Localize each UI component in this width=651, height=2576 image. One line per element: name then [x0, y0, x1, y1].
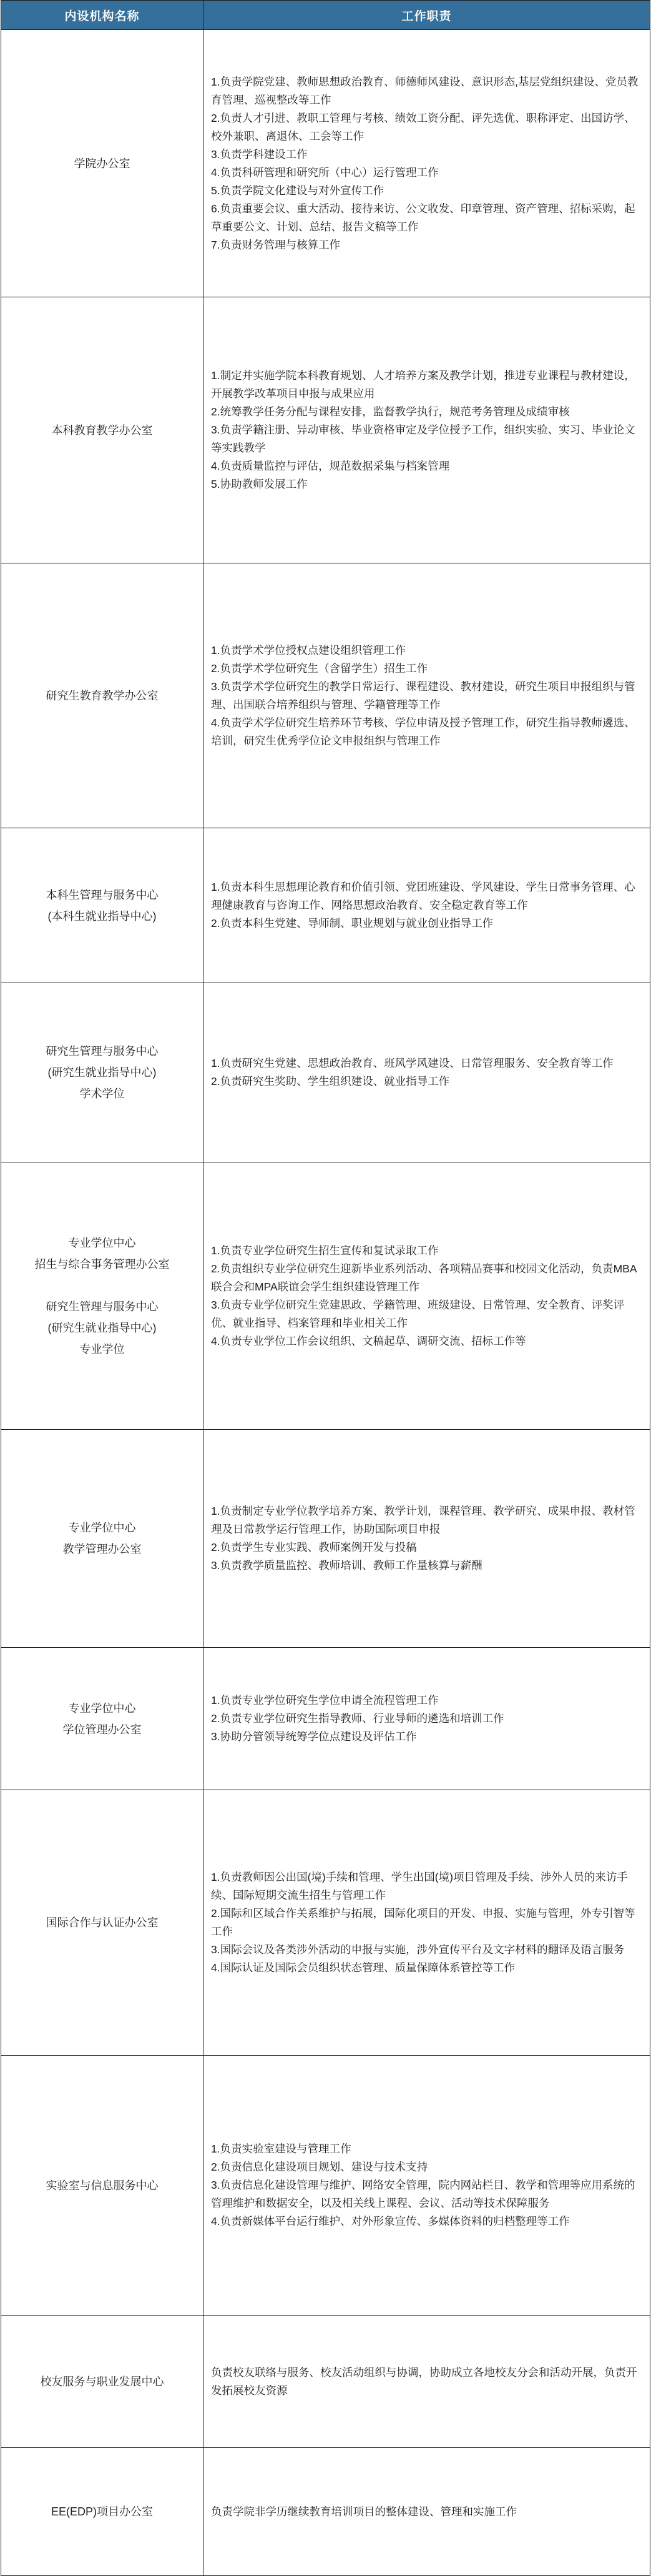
duty-item: 4.负责新媒体平台运行维护、对外形象宣传、多媒体资料的归档整理等工作	[211, 2212, 645, 2231]
table-row: 国际合作与认证办公室 1.负责教师因公出国(境)手续和管理、学生出国(境)项目管…	[1, 1790, 650, 2055]
duties-cell: 1.负责学院党建、教师思想政治教育、师德师风建设、意识形态,基层党组织建设、党员…	[203, 30, 650, 297]
duty-item: 1.负责制定专业学位教学培养方案、教学计划，课程管理、教学研究、成果申报、教材管…	[211, 1502, 645, 1538]
org-name-line: 本科生管理与服务中心	[46, 884, 159, 906]
org-name-line: 招生与综合事务管理办公室	[35, 1254, 170, 1275]
org-name-line: (研究生就业指导中心)	[48, 1062, 157, 1083]
org-duties-table: 内设机构名称 工作职责 学院办公室 1.负责学院党建、教师思想政治教育、师德师风…	[1, 0, 650, 2576]
duty-item: 2.负责研究生奖助、学生组织建设、就业指导工作	[211, 1073, 645, 1091]
org-name-cell: 专业学位中心学位管理办公室	[1, 1648, 203, 1790]
org-name-cell: 研究生教育教学办公室	[1, 563, 203, 828]
duty-item: 1.负责学术学位授权点建设组织管理工作	[211, 642, 645, 660]
duties-cell: 1.负责研究生党建、思想政治教育、班风学风建设、日常管理服务、安全教育等工作2.…	[203, 983, 650, 1162]
table-row: 研究生教育教学办公室 1.负责学术学位授权点建设组织管理工作2.负责学术学位研究…	[1, 563, 650, 828]
duties-cell: 1.负责实验室建设与管理工作2.负责信息化建设项目规划、建设与技术支持3.负责信…	[203, 2056, 650, 2315]
duty-item: 4.负责科研管理和研究所（中心）运行管理工作	[211, 164, 645, 182]
duty-item: 6.负责重要会议、重大活动、接待来访、公文收发、印章管理、资产管理、招标采购，起…	[211, 200, 645, 236]
org-name-line: 研究生管理与服务中心	[46, 1041, 159, 1062]
duty-item: 3.负责学科建设工作	[211, 146, 645, 164]
duty-item: 3.国际会议及各类涉外活动的申报与实施，涉外宣传平台及文字材料的翻译及语言服务	[211, 1941, 645, 1959]
duty-item: 1.负责学院党建、教师思想政治教育、师德师风建设、意识形态,基层党组织建设、党员…	[211, 73, 645, 109]
duty-item: 负责学院非学历继续教育培训项目的整体建设、管理和实施工作	[211, 2503, 645, 2521]
duty-item: 5.负责学院文化建设与对外宣传工作	[211, 182, 645, 200]
duty-item: 3.负责学籍注册、异动审核、毕业资格审定及学位授予工作，组织实验、实习、毕业论文…	[211, 421, 645, 457]
org-name-line: 实验室与信息服务中心	[46, 2175, 159, 2196]
duty-item: 2.负责本科生党建、导师制、职业规划与就业创业指导工作	[211, 914, 645, 933]
org-name-line: 专业学位中心	[69, 1232, 136, 1254]
table-row: 专业学位中心招生与综合事务管理办公室 研究生管理与服务中心(研究生就业指导中心)…	[1, 1162, 650, 1429]
duties-cell: 1.负责学术学位授权点建设组织管理工作2.负责学术学位研究生（含留学生）招生工作…	[203, 563, 650, 828]
duty-item: 3.负责专业学位研究生党建思政、学籍管理、班级建设、日常管理、安全教育、评奖评优…	[211, 1296, 645, 1332]
duty-item: 1.负责专业学位研究生招生宣传和复试录取工作	[211, 1242, 645, 1260]
duty-item: 4.国际认证及国际会员组织状态管理、质量保障体系管控等工作	[211, 1959, 645, 1977]
duty-item: 2.负责信息化建设项目规划、建设与技术支持	[211, 2158, 645, 2176]
org-name-line: 学术学位	[80, 1083, 125, 1104]
duties-cell: 1.负责教师因公出国(境)手续和管理、学生出国(境)项目管理及手续、涉外人员的来…	[203, 1790, 650, 2055]
org-name-line: 学院办公室	[74, 153, 130, 174]
org-name-cell: 国际合作与认证办公室	[1, 1790, 203, 2055]
duty-item: 4.负责学术学位研究生培养环节考核、学位申请及授予管理工作，研究生指导教师遴选、…	[211, 714, 645, 750]
org-name-line: 专业学位	[80, 1339, 125, 1360]
org-name-cell: EE(EDP)项目办公室	[1, 2448, 203, 2575]
table-row: 本科生管理与服务中心(本科生就业指导中心) 1.负责本科生思想理论教育和价值引领…	[1, 828, 650, 983]
duty-item: 3.负责学术学位研究生的教学日常运行、课程建设、教材建设，研究生项目申报组织与管…	[211, 678, 645, 714]
duty-item: 2.统筹教学任务分配与课程安排，监督教学执行，规范考务管理及成绩审核	[211, 403, 645, 421]
duty-item: 1.负责专业学位研究生学位申请全流程管理工作	[211, 1692, 645, 1710]
duty-item: 2.国际和区域合作关系维护与拓展，国际化项目的开发、申报、实施与管理，外专引智等…	[211, 1905, 645, 1941]
duty-item: 4.负责专业学位工作会议组织、文稿起草、调研交流、招标工作等	[211, 1332, 645, 1350]
duty-item: 3.负责信息化建设管理与维护、网络安全管理，院内网站栏目、教学和管理等应用系统的…	[211, 2176, 645, 2212]
org-name-line: 国际合作与认证办公室	[46, 1912, 159, 1933]
org-name-line: EE(EDP)项目办公室	[51, 2501, 153, 2522]
table-row: 实验室与信息服务中心 1.负责实验室建设与管理工作2.负责信息化建设项目规划、建…	[1, 2055, 650, 2315]
org-name-line: 研究生管理与服务中心	[46, 1296, 159, 1317]
duties-cell: 1.负责专业学位研究生招生宣传和复试录取工作2.负责组织专业学位研究生迎新毕业系…	[203, 1162, 650, 1429]
duty-item: 2.负责专业学位研究生指导教师、行业导师的遴选和培训工作	[211, 1710, 645, 1728]
duty-item: 5.协助教师发展工作	[211, 475, 645, 493]
duty-item: 7.负责财务管理与核算工作	[211, 236, 645, 254]
org-name-line: 专业学位中心	[69, 1698, 136, 1719]
org-name-line: 研究生教育教学办公室	[46, 685, 159, 706]
duty-item: 2.负责组织专业学位研究生迎新毕业系列活动、各项精品赛事和校园文化活动，负责MB…	[211, 1260, 645, 1296]
duty-item: 1.负责教师因公出国(境)手续和管理、学生出国(境)项目管理及手续、涉外人员的来…	[211, 1868, 645, 1905]
duty-item: 1.负责研究生党建、思想政治教育、班风学风建设、日常管理服务、安全教育等工作	[211, 1054, 645, 1073]
org-name-line: (本科生就业指导中心)	[48, 906, 157, 927]
duty-item: 1.负责实验室建设与管理工作	[211, 2140, 645, 2158]
org-name-cell: 本科教育教学办公室	[1, 297, 203, 563]
duties-cell: 负责学院非学历继续教育培训项目的整体建设、管理和实施工作	[203, 2448, 650, 2575]
duties-cell: 1.负责制定专业学位教学培养方案、教学计划，课程管理、教学研究、成果申报、教材管…	[203, 1430, 650, 1647]
org-name-line: 专业学位中心	[69, 1517, 136, 1538]
org-name-line: 本科教育教学办公室	[52, 420, 153, 441]
org-name-cell: 校友服务与职业发展中心	[1, 2316, 203, 2447]
duties-cell: 负责校友联络与服务、校友活动组织与协调，协助成立各地校友分会和活动开展，负责开发…	[203, 2316, 650, 2447]
org-name-line: (研究生就业指导中心)	[48, 1317, 157, 1339]
table-row: EE(EDP)项目办公室 负责学院非学历继续教育培训项目的整体建设、管理和实施工…	[1, 2447, 650, 2575]
header-duties: 工作职责	[203, 1, 650, 29]
org-name-cell: 本科生管理与服务中心(本科生就业指导中心)	[1, 828, 203, 983]
table-row: 研究生管理与服务中心(研究生就业指导中心)学术学位 1.负责研究生党建、思想政治…	[1, 983, 650, 1162]
duties-cell: 1.负责专业学位研究生学位申请全流程管理工作2.负责专业学位研究生指导教师、行业…	[203, 1648, 650, 1790]
duty-item: 负责校友联络与服务、校友活动组织与协调，协助成立各地校友分会和活动开展，负责开发…	[211, 2364, 645, 2400]
table-body: 学院办公室 1.负责学院党建、教师思想政治教育、师德师风建设、意识形态,基层党组…	[1, 29, 650, 2575]
org-name-cell: 学院办公室	[1, 30, 203, 297]
table-row: 专业学位中心教学管理办公室 1.负责制定专业学位教学培养方案、教学计划，课程管理…	[1, 1429, 650, 1647]
table-row: 校友服务与职业发展中心 负责校友联络与服务、校友活动组织与协调，协助成立各地校友…	[1, 2315, 650, 2447]
duties-cell: 1.负责本科生思想理论教育和价值引领、党团班建设、学风建设、学生日常事务管理、心…	[203, 828, 650, 983]
org-name-line: 教学管理办公室	[63, 1538, 142, 1560]
duty-item: 2.负责学生专业实践、教师案例开发与投稿	[211, 1538, 645, 1557]
table-row: 专业学位中心学位管理办公室 1.负责专业学位研究生学位申请全流程管理工作2.负责…	[1, 1647, 650, 1790]
duty-item: 1.负责本科生思想理论教育和价值引领、党团班建设、学风建设、学生日常事务管理、心…	[211, 878, 645, 914]
org-name-cell: 专业学位中心教学管理办公室	[1, 1430, 203, 1647]
duty-item: 4.负责质量监控与评估，规范数据采集与档案管理	[211, 457, 645, 475]
duty-item: 2.负责人才引进、教职工管理与考核、绩效工资分配、评先选优、职称评定、出国访学、…	[211, 109, 645, 146]
duties-cell: 1.制定并实施学院本科教育规划、人才培养方案及教学计划，推进专业课程与教材建设，…	[203, 297, 650, 563]
org-name-cell: 专业学位中心招生与综合事务管理办公室 研究生管理与服务中心(研究生就业指导中心)…	[1, 1162, 203, 1429]
org-name-cell: 实验室与信息服务中心	[1, 2056, 203, 2315]
duty-item: 3.负责教学质量监控、教师培训、教师工作量核算与薪酬	[211, 1557, 645, 1575]
duty-item: 3.协助分管领导统筹学位点建设及评估工作	[211, 1728, 645, 1746]
org-name-line: 校友服务与职业发展中心	[41, 2371, 164, 2392]
table-row: 本科教育教学办公室 1.制定并实施学院本科教育规划、人才培养方案及教学计划，推进…	[1, 297, 650, 563]
table-header-row: 内设机构名称 工作职责	[1, 1, 650, 29]
org-name-cell: 研究生管理与服务中心(研究生就业指导中心)学术学位	[1, 983, 203, 1162]
org-name-line: 学位管理办公室	[63, 1719, 142, 1740]
duty-item: 1.制定并实施学院本科教育规划、人才培养方案及教学计划，推进专业课程与教材建设，…	[211, 367, 645, 403]
duty-item: 2.负责学术学位研究生（含留学生）招生工作	[211, 660, 645, 678]
header-org-name: 内设机构名称	[1, 1, 203, 29]
table-row: 学院办公室 1.负责学院党建、教师思想政治教育、师德师风建设、意识形态,基层党组…	[1, 29, 650, 297]
org-name-line	[100, 1275, 104, 1296]
